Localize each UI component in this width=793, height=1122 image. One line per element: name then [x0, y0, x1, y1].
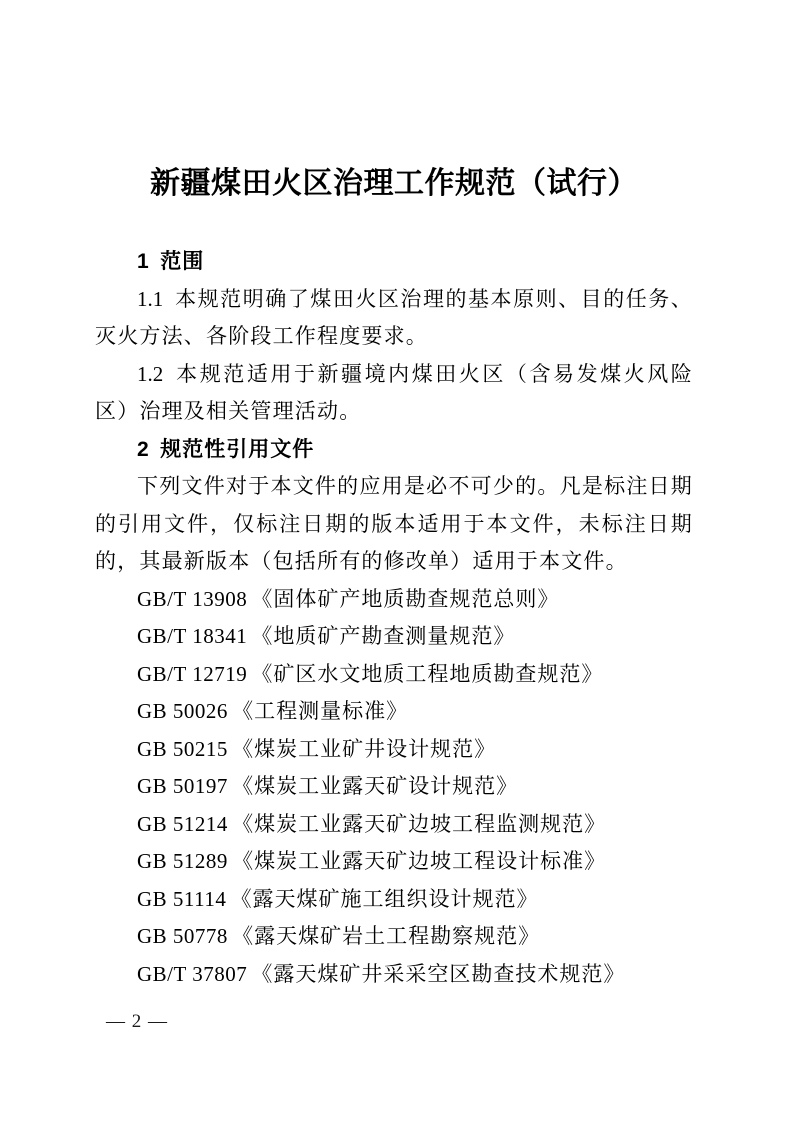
reference-item: GB/T 18341《地质矿产勘查测量规范》	[95, 618, 693, 656]
section-scope: 1范围 1.1本规范明确了煤田火区治理的基本原则、目的任务、灭火方法、各阶段工作…	[95, 243, 693, 431]
section-1-number: 1	[137, 250, 149, 273]
reference-item: GB 51214《煤炭工业露天矿边坡工程监测规范》	[95, 806, 693, 844]
reference-item: GB 50778《露天煤矿岩土工程勘察规范》	[95, 918, 693, 956]
reference-code: GB 50778	[137, 924, 228, 948]
reference-code: GB 50215	[137, 737, 228, 761]
reference-title: 《露天煤矿井采采空区勘查技术规范》	[251, 962, 625, 986]
reference-title: 《露天煤矿施工组织设计规范》	[231, 887, 539, 911]
section-1-heading: 1范围	[95, 243, 693, 281]
reference-item: GB 50026《工程测量标准》	[95, 693, 693, 731]
reference-item: GB 50215《煤炭工业矿井设计规范》	[95, 731, 693, 769]
section-normative-references: 2规范性引用文件 下列文件对于本文件的应用是必不可少的。凡是标注日期的引用文件，…	[95, 431, 693, 994]
section-2-heading: 2规范性引用文件	[95, 431, 693, 469]
reference-code: GB/T 18341	[137, 624, 247, 648]
references-intro-paragraph: 下列文件对于本文件的应用是必不可少的。凡是标注日期的引用文件，仅标注日期的版本适…	[95, 468, 693, 581]
reference-title: 《煤炭工业露天矿设计规范》	[232, 774, 518, 798]
reference-title: 《煤炭工业露天矿边坡工程监测规范》	[232, 812, 606, 836]
clause-1-1-text: 本规范明确了煤田火区治理的基本原则、目的任务、灭火方法、各阶段工作程度要求。	[95, 287, 693, 349]
clause-1-2-text: 本规范适用于新疆境内煤田火区（含易发煤火风险区）治理及相关管理活动。	[95, 362, 693, 424]
clause-1-1: 1.1本规范明确了煤田火区治理的基本原则、目的任务、灭火方法、各阶段工作程度要求…	[95, 281, 693, 356]
reference-code: GB/T 13908	[137, 587, 247, 611]
reference-code: GB 51214	[137, 812, 228, 836]
reference-title: 《固体矿产地质勘查规范总则》	[251, 587, 559, 611]
page-number: — 2 —	[106, 1008, 168, 1036]
reference-item: GB/T 13908《固体矿产地质勘查规范总则》	[95, 581, 693, 619]
reference-code: GB/T 37807	[137, 962, 247, 986]
reference-item: GB 51114《露天煤矿施工组织设计规范》	[95, 881, 693, 919]
reference-title: 《地质矿产勘查测量规范》	[251, 624, 515, 648]
reference-code: GB 51114	[137, 887, 226, 911]
section-1-heading-text: 范围	[160, 250, 204, 273]
reference-title: 《露天煤矿岩土工程勘察规范》	[232, 924, 540, 948]
section-2-heading-text: 规范性引用文件	[160, 438, 314, 461]
reference-list: GB/T 13908《固体矿产地质勘查规范总则》 GB/T 18341《地质矿产…	[95, 581, 693, 994]
document-page: 新疆煤田火区治理工作规范（试行） 1范围 1.1本规范明确了煤田火区治理的基本原…	[0, 0, 793, 1122]
section-2-number: 2	[137, 438, 149, 461]
reference-title: 《煤炭工业矿井设计规范》	[232, 737, 496, 761]
reference-code: GB 50197	[137, 774, 228, 798]
reference-code: GB 50026	[137, 699, 228, 723]
reference-code: GB 51289	[137, 849, 228, 873]
reference-title: 《煤炭工业露天矿边坡工程设计标准》	[232, 849, 606, 873]
reference-title: 《矿区水文地质工程地质勘查规范》	[251, 662, 603, 686]
clause-1-2: 1.2本规范适用于新疆境内煤田火区（含易发煤火风险区）治理及相关管理活动。	[95, 356, 693, 431]
clause-1-1-number: 1.1	[137, 287, 163, 311]
reference-item: GB 51289《煤炭工业露天矿边坡工程设计标准》	[95, 843, 693, 881]
document-body: 1范围 1.1本规范明确了煤田火区治理的基本原则、目的任务、灭火方法、各阶段工作…	[95, 243, 693, 993]
document-title: 新疆煤田火区治理工作规范（试行）	[95, 163, 693, 205]
reference-code: GB/T 12719	[137, 662, 247, 686]
reference-item: GB/T 12719《矿区水文地质工程地质勘查规范》	[95, 656, 693, 694]
clause-1-2-number: 1.2	[137, 362, 163, 386]
reference-item: GB 50197《煤炭工业露天矿设计规范》	[95, 768, 693, 806]
reference-title: 《工程测量标准》	[232, 699, 408, 723]
reference-item: GB/T 37807《露天煤矿井采采空区勘查技术规范》	[95, 956, 693, 994]
